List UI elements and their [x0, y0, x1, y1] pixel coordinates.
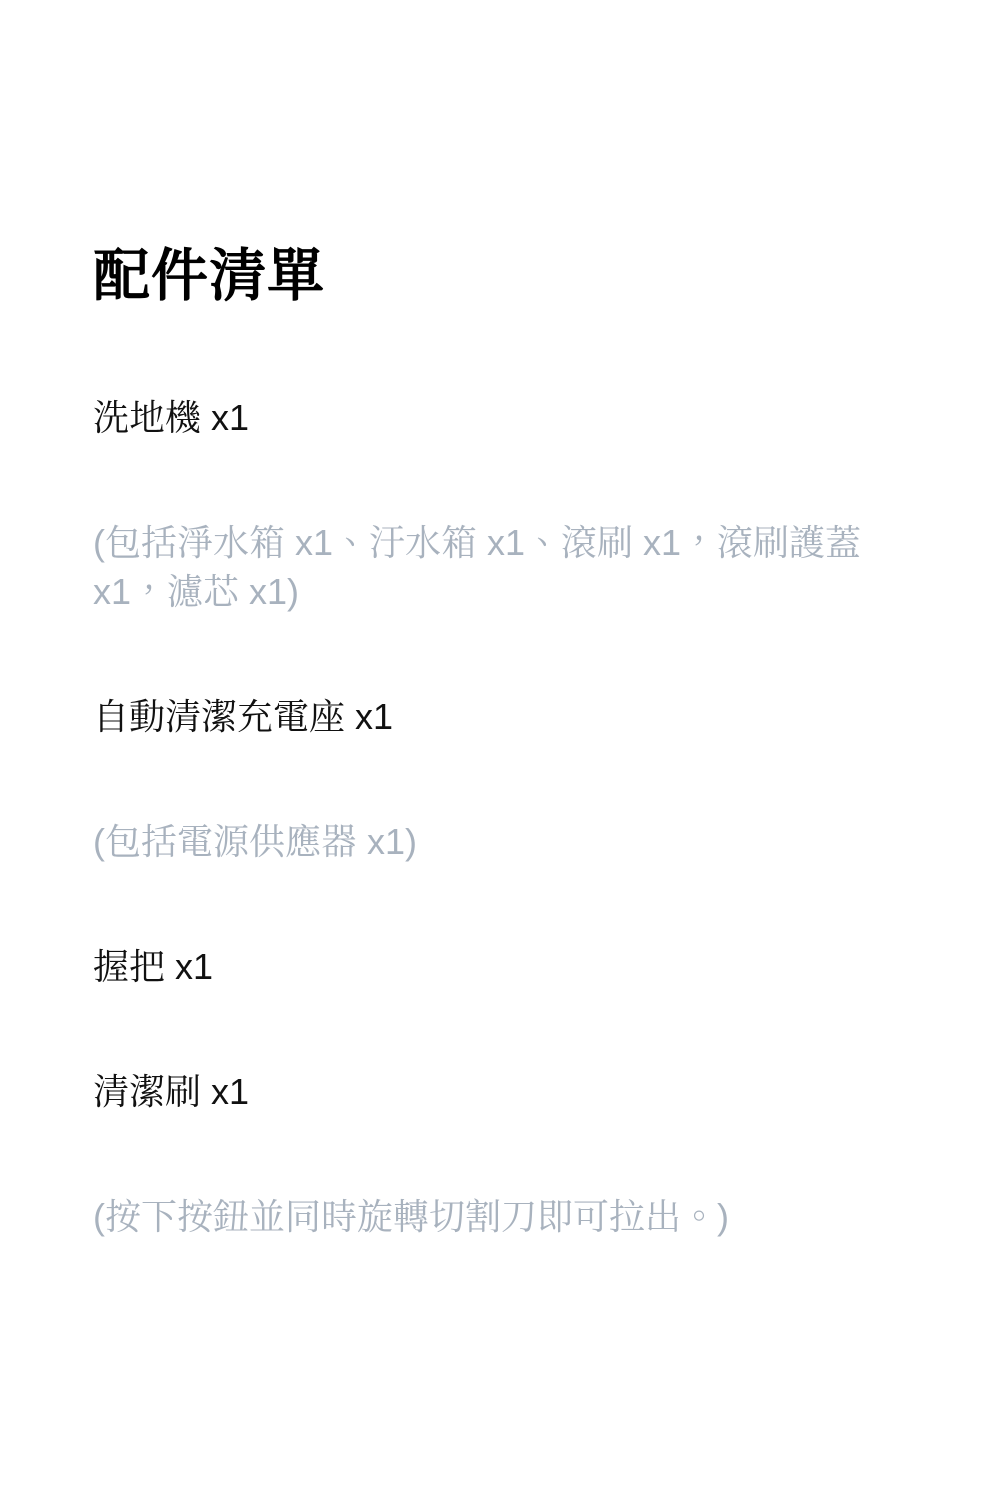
- accessory-item-floor-washer: 洗地機 x1: [93, 393, 908, 442]
- accessory-item-cleaning-brush: 清潔刷 x1: [93, 1067, 908, 1116]
- page-title: 配件清單: [93, 243, 908, 309]
- accessory-note-charging-dock: (包括電源供應器 x1): [93, 817, 908, 866]
- accessory-item-handle: 握把 x1: [93, 942, 908, 991]
- accessory-note-floor-washer: (包括淨水箱 x1、汙水箱 x1、滾刷 x1，滾刷護蓋 x1，濾芯 x1): [93, 518, 908, 616]
- accessories-list-page: 配件清單 洗地機 x1 (包括淨水箱 x1、汙水箱 x1、滾刷 x1，滾刷護蓋 …: [0, 0, 1000, 1500]
- accessory-note-cleaning-brush: (按下按鈕並同時旋轉切割刀即可拉出。): [93, 1192, 908, 1241]
- accessory-item-charging-dock: 自動清潔充電座 x1: [93, 692, 908, 741]
